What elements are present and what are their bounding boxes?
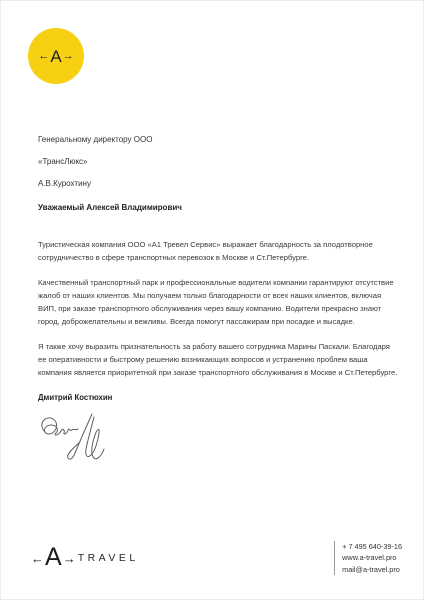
letter-footer: ← A → TRAVEL + 7 495 640-39-16 www.a-tra… [1,535,423,581]
recipient-title: Генеральному директору ООО [38,129,152,151]
recipient-person: А.В.Курохтину [38,173,152,195]
handwritten-signature [34,409,398,469]
email-address: mail@a-travel.pro [342,564,402,576]
letter-body: Туристическая компания ООО «А1 Тревел Се… [38,238,398,469]
footer-logo-letter: A [45,545,62,570]
company-logo: ← A → [28,28,84,84]
arrow-left-icon: ← [31,552,44,565]
arrow-right-icon: → [63,552,76,565]
logo-letter: A [50,48,61,65]
arrow-right-icon: → [63,51,74,62]
footer-logo-wordmark: TRAVEL [78,552,139,564]
recipient-company: «ТрансЛюкс» [38,151,152,173]
footer-contact-block: + 7 495 640-39-16 www.a-travel.pro mail@… [334,541,402,576]
signature-icon [34,409,116,465]
arrow-left-icon: ← [38,51,49,62]
paragraph-1: Туристическая компания ООО «А1 Тревел Се… [38,238,398,264]
letter-page: ← A → Генеральному директору ООО «ТрансЛ… [0,0,424,600]
paragraph-3: Я также хочу выразить признательность за… [38,340,398,379]
footer-logo: ← A → TRAVEL [31,545,139,572]
salutation: Уважаемый Алексей Владимирович [38,203,182,212]
phone-number: + 7 495 640-39-16 [342,541,402,553]
signer-name: Дмитрий Костюхин [38,391,398,404]
paragraph-2: Качественный транспортный парк и професс… [38,276,398,328]
website-url: www.a-travel.pro [342,552,402,564]
recipient-block: Генеральному директору ООО «ТрансЛюкс» А… [38,129,152,195]
